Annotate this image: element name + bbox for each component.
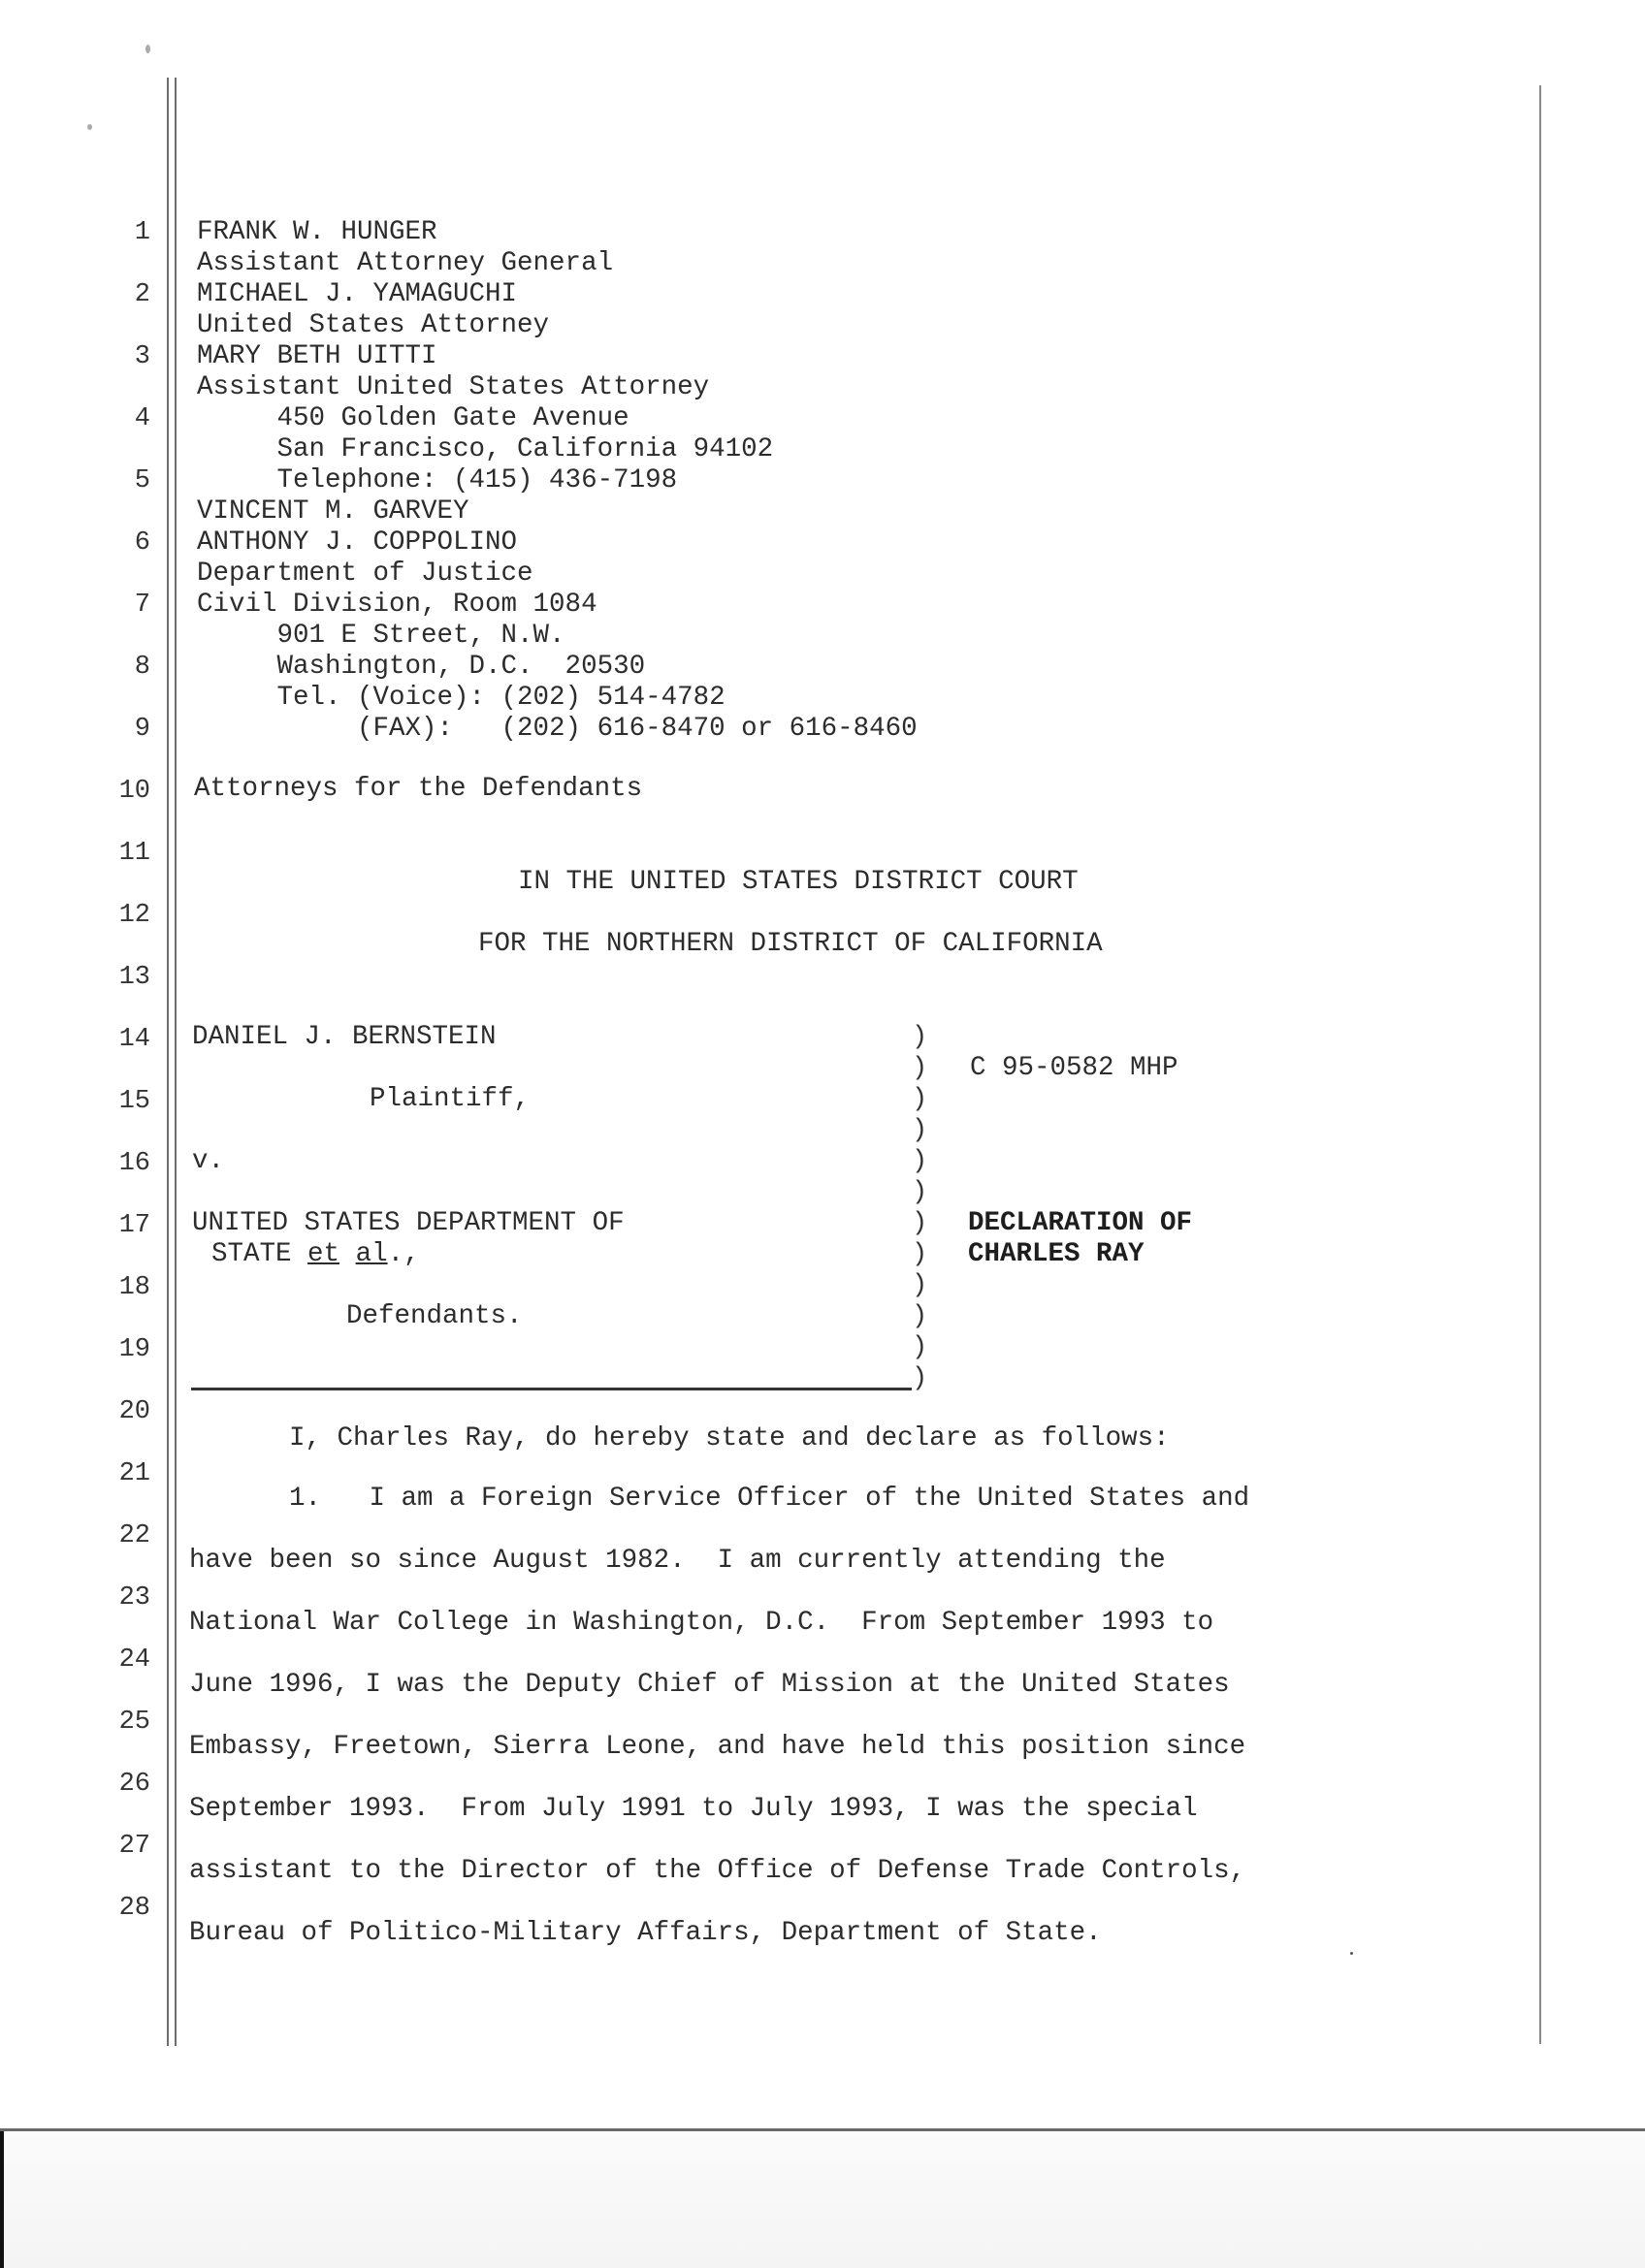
counsel-line: FRANK W. HUNGER (197, 217, 437, 248)
line-number: 13 (92, 962, 150, 993)
counsel-line: MARY BETH UITTI (197, 341, 437, 372)
line-number: 14 (92, 1024, 150, 1055)
line-number: 5 (92, 465, 150, 496)
counsel-line: Telephone: (415) 436-7198 (197, 465, 677, 496)
paragraph-line: Bureau of Politico-Military Affairs, Dep… (189, 1918, 1102, 1949)
line-number: 26 (92, 1769, 150, 1800)
counsel-line: ANTHONY J. COPPOLINO (197, 527, 517, 559)
line-number: 3 (92, 341, 150, 372)
counsel-line: 450 Golden Gate Avenue (197, 403, 629, 434)
line-number: 22 (92, 1520, 150, 1551)
paragraph-line: June 1996, I was the Deputy Chief of Mis… (189, 1670, 1230, 1701)
declaration-intro: I, Charles Ray, do hereby state and decl… (289, 1423, 1170, 1454)
defendant-state: STATE (211, 1239, 292, 1269)
document-title-line-2: CHARLES RAY (968, 1239, 1145, 1270)
defendant-line-1: UNITED STATES DEPARTMENT OF (192, 1208, 625, 1239)
line-number: 10 (92, 776, 150, 807)
line-number: 24 (92, 1645, 150, 1676)
paren: ) (912, 1084, 927, 1115)
paren: ) (912, 1332, 927, 1363)
counsel-line: Assistant Attorney General (197, 248, 613, 279)
scan-speck (1350, 1952, 1353, 1955)
scanner-edge (0, 2131, 4, 2268)
counsel-line: Civil Division, Room 1084 (197, 590, 597, 621)
line-number: 21 (92, 1458, 150, 1489)
line-number: 25 (92, 1707, 150, 1738)
line-number: 19 (92, 1334, 150, 1365)
paren: ) (912, 1053, 927, 1084)
counsel-line: Department of Justice (197, 559, 533, 590)
line-number: 18 (92, 1272, 150, 1303)
counsel-line: VINCENT M. GARVEY (197, 496, 469, 527)
left-margin-rule-outer (167, 78, 169, 2046)
counsel-line: Tel. (Voice): (202) 514-4782 (197, 683, 726, 714)
line-number: 23 (92, 1582, 150, 1613)
paren: ) (912, 1208, 927, 1239)
left-margin-rule-inner (175, 78, 177, 2046)
paren: ) (912, 1115, 927, 1146)
document-page: 1 2 3 4 5 6 7 8 9 10 11 12 13 14 15 16 1… (0, 0, 1645, 2128)
document-title-line-1: DECLARATION OF (968, 1208, 1192, 1239)
line-number: 2 (92, 279, 150, 310)
paragraph-line: September 1993. From July 1991 to July 1… (189, 1794, 1198, 1825)
paren: ) (912, 1270, 927, 1301)
plaintiff-name: DANIEL J. BERNSTEIN (192, 1022, 497, 1053)
counsel-line: United States Attorney (197, 310, 549, 341)
caption-bottom-rule (191, 1388, 912, 1390)
line-number: 11 (92, 838, 150, 869)
paren: ) (912, 1301, 927, 1332)
line-number: 15 (92, 1086, 150, 1117)
right-margin-rule (1539, 85, 1541, 2044)
counsel-line: Assistant United States Attorney (197, 372, 709, 403)
line-number: 27 (92, 1831, 150, 1862)
counsel-line: 901 E Street, N.W. (197, 621, 565, 652)
line-number: 4 (92, 403, 150, 434)
paren: ) (912, 1146, 927, 1177)
counsel-line: MICHAEL J. YAMAGUCHI (197, 279, 517, 310)
attorneys-for-line: Attorneys for the Defendants (194, 774, 642, 805)
scanner-background (0, 2128, 1645, 2268)
line-number: 12 (92, 900, 150, 931)
paragraph-line: have been so since August 1982. I am cur… (189, 1546, 1166, 1577)
court-name-line-1: IN THE UNITED STATES DISTRICT COURT (518, 867, 1079, 898)
paragraph-line: National War College in Washington, D.C.… (189, 1608, 1213, 1639)
versus: v. (192, 1146, 224, 1177)
scan-speck (87, 124, 92, 130)
case-number: C 95-0582 MHP (970, 1053, 1178, 1084)
et-text: et (307, 1239, 339, 1269)
al-text: al (356, 1239, 388, 1269)
counsel-line: Washington, D.C. 20530 (197, 652, 645, 683)
court-name-line-2: FOR THE NORTHERN DISTRICT OF CALIFORNIA (478, 929, 1103, 960)
paren: ) (912, 1239, 927, 1270)
line-number: 28 (92, 1893, 150, 1924)
counsel-line: San Francisco, California 94102 (197, 434, 773, 465)
scan-speck (145, 45, 150, 53)
paren: ) (912, 1022, 927, 1053)
counsel-line: (FAX): (202) 616-8470 or 616-8460 (197, 714, 918, 745)
line-number: 20 (92, 1396, 150, 1427)
paragraph-line: 1. I am a Foreign Service Officer of the… (289, 1484, 1249, 1515)
line-number: 1 (92, 217, 150, 248)
line-number: 7 (92, 590, 150, 621)
defendant-label: Defendants. (346, 1301, 523, 1332)
paragraph-line: assistant to the Director of the Office … (189, 1856, 1245, 1887)
paragraph-line: Embassy, Freetown, Sierra Leone, and hav… (189, 1732, 1245, 1763)
line-number: 9 (92, 714, 150, 745)
line-number: 8 (92, 652, 150, 683)
line-number: 17 (92, 1210, 150, 1241)
line-number: 16 (92, 1148, 150, 1179)
defendant-line-2: STATE et al., (211, 1239, 420, 1270)
defendant-suffix: ., (388, 1239, 420, 1269)
line-number: 6 (92, 527, 150, 559)
plaintiff-label: Plaintiff, (370, 1084, 530, 1115)
paren: ) (912, 1363, 927, 1394)
paren: ) (912, 1177, 927, 1208)
